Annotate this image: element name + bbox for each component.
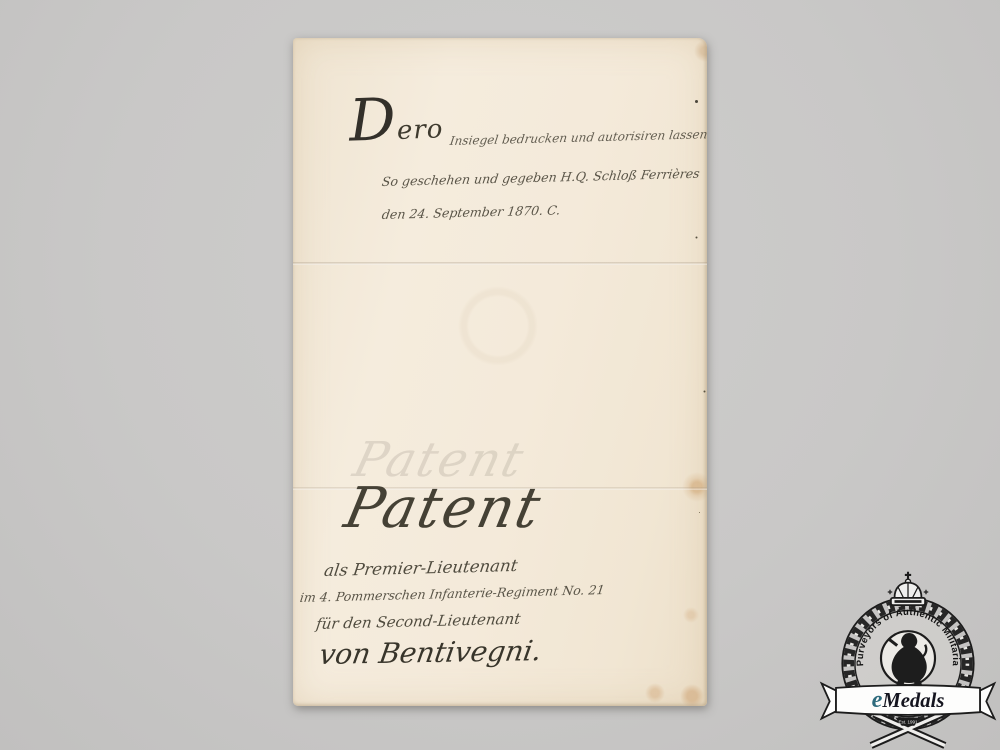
brand-rest: Medals xyxy=(881,690,944,712)
ink-speck xyxy=(695,100,698,103)
header-line-2: So geschehen und gegeben H.Q. Schloß Fer… xyxy=(381,166,701,189)
established-text: Est. 1991 xyxy=(898,719,918,724)
patent-title: Patent xyxy=(339,476,548,541)
header-line-1: Insiegel bedrucken und autorisiren lasse… xyxy=(449,127,708,148)
recipient-name: von Bentivegni. xyxy=(317,634,544,671)
patent-document-paper: Dero Insiegel bedrucken und autorisiren … xyxy=(293,38,707,706)
header-word-dero: Dero xyxy=(348,88,444,149)
brand-wordmark: eMedals xyxy=(872,686,945,713)
regiment-line: im 4. Pommerschen Infanterie-Regiment No… xyxy=(299,582,606,605)
header-date-line: den 24. September 1870. C. xyxy=(381,202,561,222)
brand-initial-e: e xyxy=(872,686,883,713)
fold-line-top xyxy=(293,262,707,265)
dero-initial-capital: D xyxy=(348,85,398,155)
rank-line: als Premier-Lieutenant xyxy=(323,556,519,580)
crown-icon xyxy=(888,572,929,605)
for-rank-line: für den Second-Lieutenant xyxy=(315,610,522,633)
product-photo: Dero Insiegel bedrucken und autorisiren … xyxy=(0,0,1000,750)
emedals-crest-logo: Purveyors of Authentic Militaria eMedals… xyxy=(818,570,998,750)
